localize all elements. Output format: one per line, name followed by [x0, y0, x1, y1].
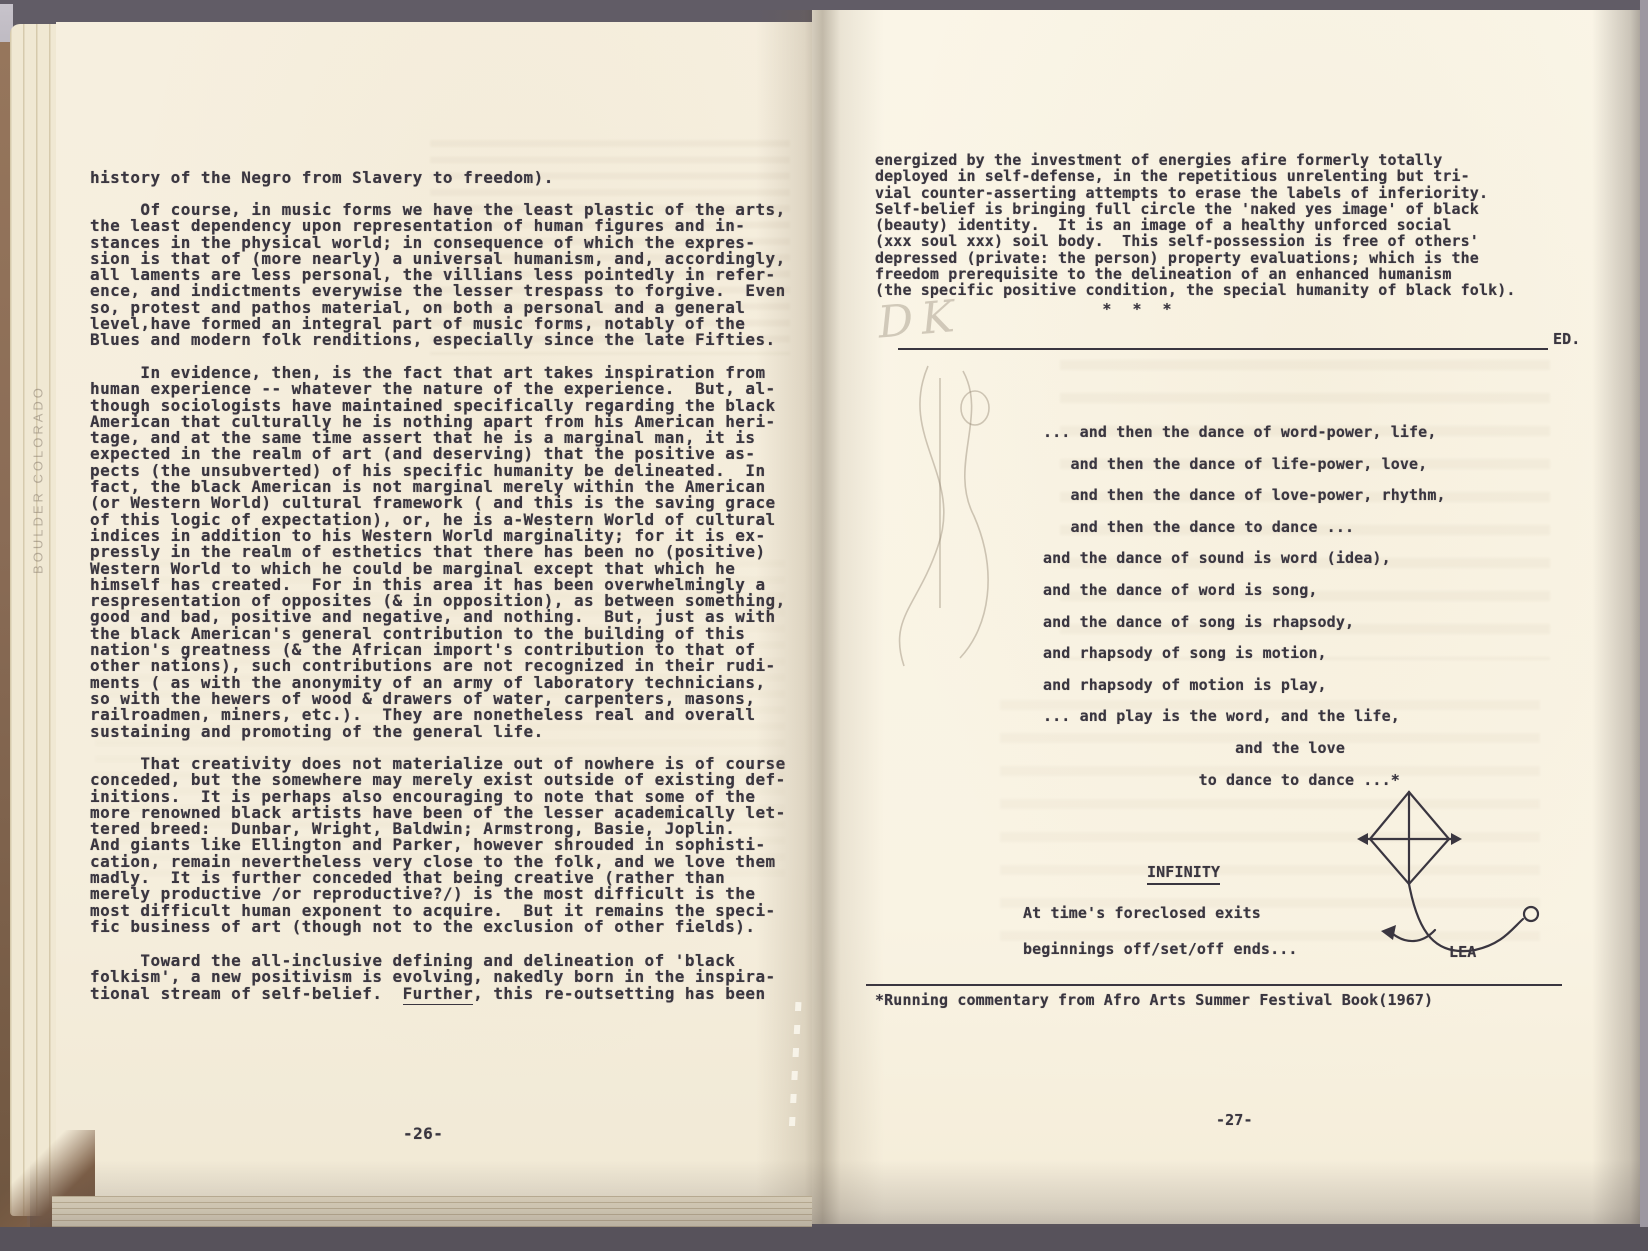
scan-background-bottom — [0, 1227, 1648, 1251]
infinity-line: At time's foreclosed exits — [1023, 905, 1261, 921]
kite-doodle — [1330, 772, 1560, 984]
book-scan: BOULDER COLORADO history of the Negro fr… — [0, 0, 1648, 1251]
dance-poem: ... and then the dance of word-power, li… — [1043, 417, 1446, 796]
infinity-heading-text: INFINITY — [1147, 863, 1220, 885]
paragraph: Toward the all-inclusive defining and de… — [90, 953, 776, 1002]
paragraph: In evidence, then, is the fact that art … — [90, 365, 786, 740]
page-curl-shadow — [1592, 10, 1640, 1224]
underlined-word: Further — [403, 984, 474, 1005]
library-stamp: BOULDER COLORADO — [31, 380, 46, 580]
footnote: *Running commentary from Afro Arts Summe… — [875, 992, 1433, 1008]
infinity-heading: INFINITY — [1147, 864, 1220, 880]
page-number-left: -26- — [403, 1126, 443, 1142]
pencil-initials: DK — [876, 290, 964, 348]
page-number-right: -27- — [1216, 1112, 1253, 1128]
gutter-shadow — [756, 10, 884, 1224]
paragraph: Of course, in music forms we have the le… — [90, 202, 786, 349]
scan-background-edge — [1640, 0, 1648, 1251]
pencil-sketch — [868, 356, 1038, 696]
editor-rule — [898, 348, 1548, 350]
paragraph: history of the Negro from Slavery to fre… — [90, 170, 554, 186]
paragraph: That creativity does not materialize out… — [90, 756, 786, 935]
footnote-rule — [866, 984, 1562, 986]
paragraph-text: , this re-outsetting has been — [473, 984, 765, 1003]
author-initials: LEA — [1449, 944, 1476, 960]
paragraph: energized by the investment of energies … — [875, 152, 1516, 299]
editor-initials: ED. — [1553, 331, 1580, 347]
infinity-line: beginnings off/set/off ends... — [1023, 941, 1298, 957]
bottom-page-edges — [52, 1196, 812, 1229]
